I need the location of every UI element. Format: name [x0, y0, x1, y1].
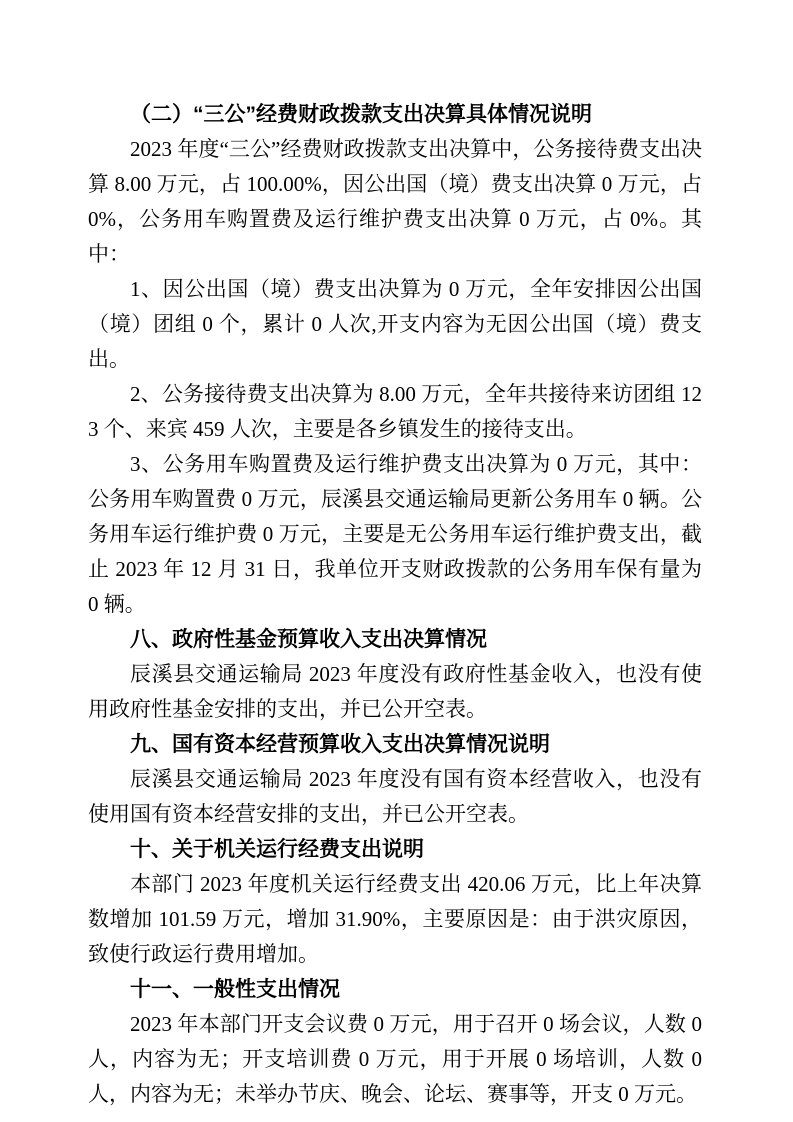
paragraph-sangong-summary: 2023 年度“三公”经费财政拨款支出决算中，公务接待费支出决算 8.00 万元… — [88, 132, 702, 272]
paragraph-vehicle-expense: 3、公务用车购置费及运行维护费支出决算为 0 万元，其中：公务用车购置费 0 万… — [88, 447, 702, 622]
section-heading-government-fund: 八、政府性基金预算收入支出决算情况 — [88, 622, 702, 657]
section-heading-state-capital: 九、国有资本经营预算收入支出决算情况说明 — [88, 727, 702, 762]
paragraph-government-fund: 辰溪县交通运输局 2023 年度没有政府性基金收入，也没有使用政府性基金安排的支… — [88, 657, 702, 727]
section-heading-general-expense: 十一、一般性支出情况 — [88, 972, 702, 1007]
paragraph-general-expense: 2023 年本部门开支会议费 0 万元，用于召开 0 场会议，人数 0 人，内容… — [88, 1007, 702, 1112]
paragraph-state-capital: 辰溪县交通运输局 2023 年度没有国有资本经营收入，也没有使用国有资本经营安排… — [88, 762, 702, 832]
document-page: （二）“三公”经费财政拨款支出决算具体情况说明 2023 年度“三公”经费财政拨… — [0, 0, 793, 1122]
paragraph-abroad-expense: 1、因公出国（境）费支出决算为 0 万元，全年安排因公出国（境）团组 0 个，累… — [88, 272, 702, 377]
section-heading-operating-expense: 十、关于机关运行经费支出说明 — [88, 832, 702, 867]
paragraph-operating-expense: 本部门 2023 年度机关运行经费支出 420.06 万元，比上年决算数增加 1… — [88, 867, 702, 972]
document-body: （二）“三公”经费财政拨款支出决算具体情况说明 2023 年度“三公”经费财政拨… — [88, 97, 702, 1112]
paragraph-reception-expense: 2、公务接待费支出决算为 8.00 万元，全年共接待来访团组 123 个、来宾 … — [88, 377, 702, 447]
section-heading-sangong-detail: （二）“三公”经费财政拨款支出决算具体情况说明 — [88, 97, 702, 132]
